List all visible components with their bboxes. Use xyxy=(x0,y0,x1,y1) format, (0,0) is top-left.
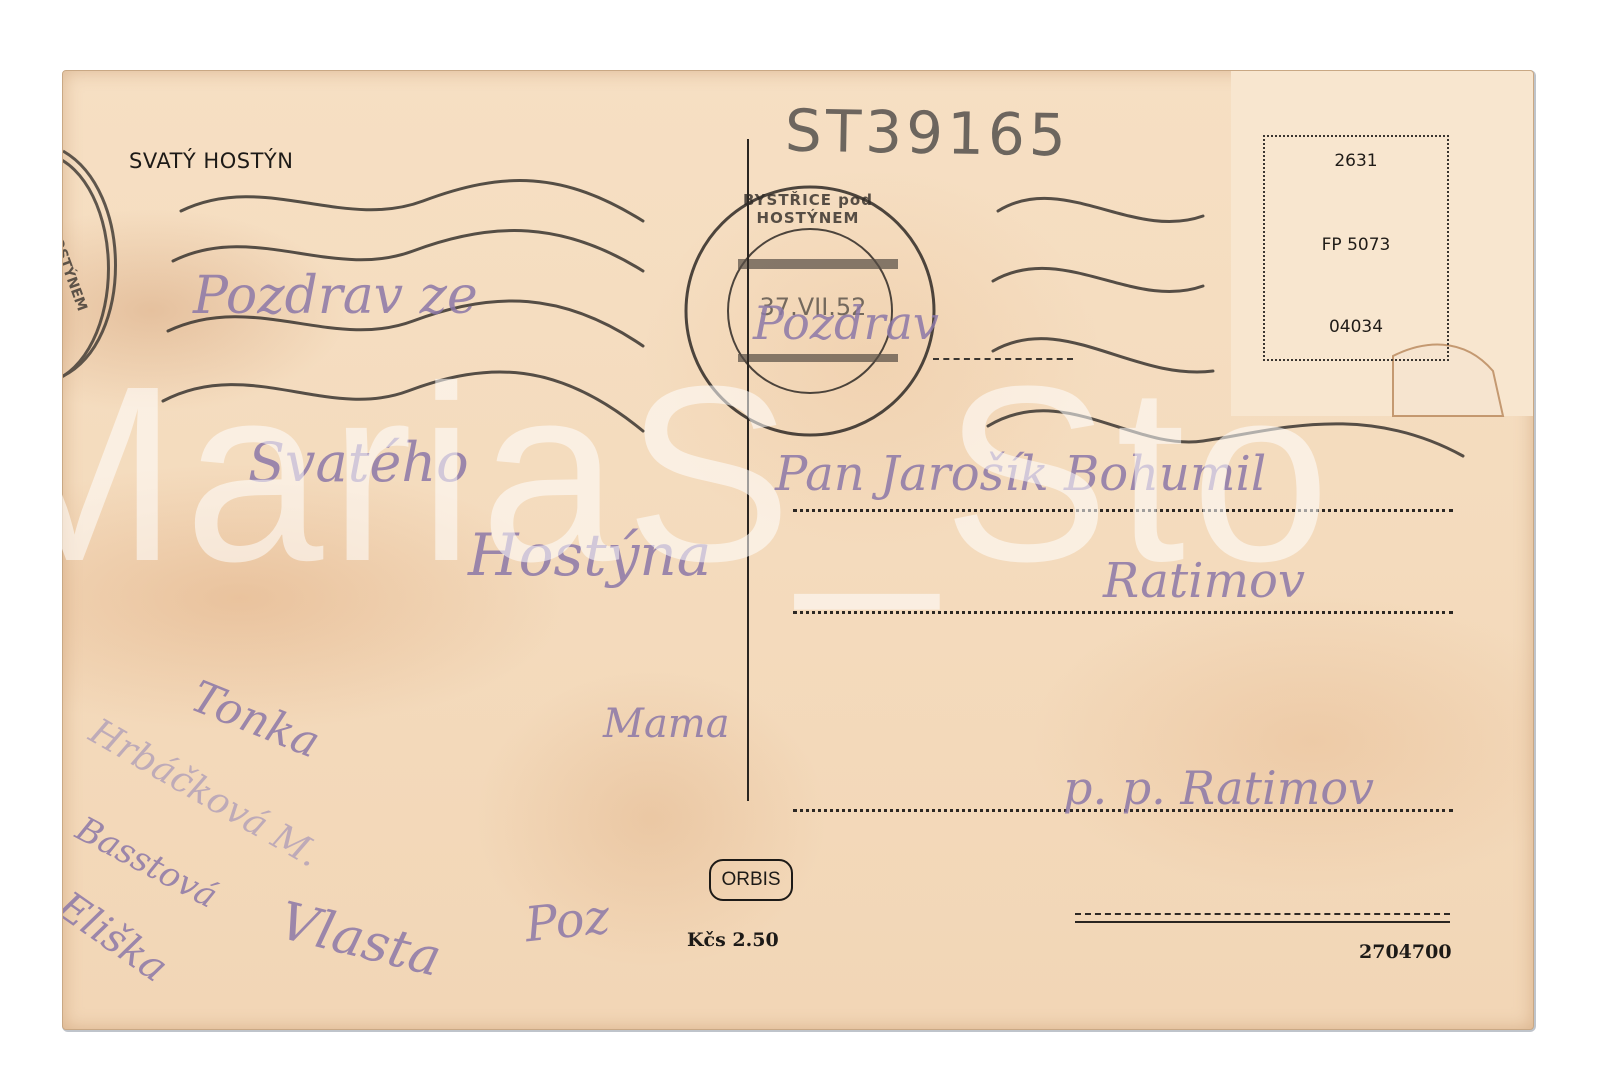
address-line-0 xyxy=(933,358,1073,360)
stamp-box-serial: 04034 xyxy=(1265,317,1447,337)
handwritten-message-line1: Pozdrav ze xyxy=(193,266,478,326)
signature-poz: Poz xyxy=(522,889,612,954)
address-line-1 xyxy=(793,509,1453,512)
address-town: Ratimov xyxy=(1103,553,1305,609)
handwritten-sign-mama: Mama xyxy=(603,701,730,747)
pencil-catalog-code: ST39165 xyxy=(784,97,1070,170)
postcard-back: SVATÝ HOSTÝN ST39165 2631 FP 5073 04034 … xyxy=(62,70,1534,1030)
stamp-box: 2631 FP 5073 04034 xyxy=(1263,135,1449,361)
postmark-ring-text: BYSTŘICE pod HOSTÝNEM xyxy=(703,191,913,227)
address-line-solid xyxy=(1075,921,1450,923)
stamp-box-code: FP 5073 xyxy=(1265,235,1447,255)
card-title: SVATÝ HOSTÝN xyxy=(129,149,293,173)
stamp-box-number: 2631 xyxy=(1265,151,1447,171)
handwritten-message-line3: Hostýna xyxy=(468,521,711,589)
serial-number: 2704700 xyxy=(1359,941,1452,963)
address-greeting: Pozdrav xyxy=(753,296,939,350)
price-label: Kčs 2.50 xyxy=(687,929,779,951)
address-line-4 xyxy=(1075,913,1450,915)
address-line-2 xyxy=(793,611,1453,614)
center-divider-line xyxy=(747,139,749,801)
orbis-publisher-logo: ORBIS xyxy=(709,859,793,901)
address-post-office: p. p. Ratimov xyxy=(1063,761,1374,815)
address-recipient-name: Pan Jarošík Bohumil xyxy=(775,446,1266,502)
handwritten-message-line2: Svatého xyxy=(248,431,469,494)
